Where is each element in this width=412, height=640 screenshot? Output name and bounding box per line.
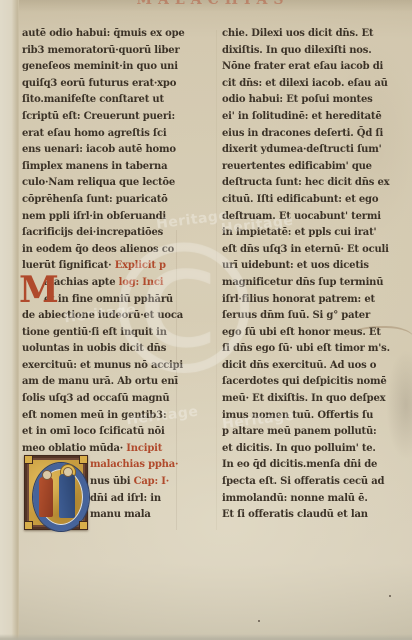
ink-speck bbox=[258, 620, 260, 622]
body-text: et dicitis. In quo polluim' te. bbox=[222, 443, 376, 454]
figure-in-red-robe bbox=[39, 477, 53, 517]
manuscript-text-line: culo·Nam reliqua que lectōe bbox=[22, 175, 214, 192]
ink-speck bbox=[389, 595, 391, 597]
gold-corner bbox=[24, 455, 33, 464]
manuscript-text-line: ſito.manifeſte conſtaret ut bbox=[22, 92, 214, 109]
manuscript-text-line: cit dn̄s: et dilexi iacob. eſau aū bbox=[222, 76, 408, 93]
manuscript-text-line: ſcriptū eſt: Creuerunt pueri: bbox=[22, 109, 214, 126]
body-text: erat eſau homo agreſtis ſci bbox=[22, 128, 167, 139]
body-text: odio habui: Et poſui montes bbox=[222, 94, 373, 105]
body-text: nus ūbi bbox=[90, 476, 134, 487]
manuscript-text-line: ei' in ſolitudinē: et hereditatē bbox=[222, 109, 408, 126]
body-text: eius in dracones deſerti. Q̄d ſi bbox=[222, 128, 383, 139]
body-text: reuertentes edificabim' que bbox=[222, 161, 372, 172]
body-text: chie. Dilexi uos dicit dn̄s. Et bbox=[222, 28, 373, 39]
rubric-text: malachias ppha· bbox=[90, 459, 178, 470]
rubric-text: Cap: I· bbox=[134, 476, 169, 487]
manuscript-text-line: chie. Dilexi uos dicit dn̄s. Et bbox=[222, 26, 408, 43]
manuscript-text-line: rib3 memoratorū·quorū liber bbox=[22, 43, 214, 60]
body-text: autē odio habui: q̄muis ex ope bbox=[22, 28, 185, 39]
manuscript-text-line: ſimplex manens in taberna bbox=[22, 159, 214, 176]
body-text: cit dn̄s: et dilexi iacob. eſau aū bbox=[222, 78, 388, 89]
page-bottom-edge bbox=[0, 634, 412, 640]
body-text: cōprēhenſa ſunt: puaricatō bbox=[22, 194, 168, 205]
body-text: ſimplex manens in taberna bbox=[22, 161, 167, 172]
manuscript-text-line: et in omī loco ſcificatū nōi bbox=[22, 424, 214, 441]
body-text: Et ſi offeratis claudū et lan bbox=[222, 509, 368, 520]
running-title-fragment: MALACHIAS bbox=[118, 0, 308, 8]
manuscript-page-photo: MALACHIAS autē odio habui: q̄muis ex ope… bbox=[0, 0, 412, 640]
rubric-text: Incipit bbox=[126, 443, 162, 454]
gold-ground bbox=[29, 460, 83, 525]
body-text: Nōne frater erat eſau iacob di bbox=[222, 61, 383, 72]
body-text: rib3 memoratorū·quorū liber bbox=[22, 45, 180, 56]
manuscript-text-line: reuertentes edificabim' que bbox=[222, 159, 408, 176]
manuscript-text-line: immolandū: nonne malū ē. bbox=[222, 491, 408, 508]
manuscript-text-line: eius in dracones deſerti. Q̄d ſi bbox=[222, 126, 408, 143]
body-text: deſtructa ſunt: hec dicit dn̄s ex bbox=[222, 177, 389, 188]
body-text: ei' in ſolitudinē: et hereditatē bbox=[222, 111, 382, 122]
manuscript-text-line: dixerit ydumea·deſtructi ſum' bbox=[222, 142, 408, 159]
gold-corner bbox=[24, 521, 33, 530]
body-text: geneſeos meminit·in quo uni bbox=[22, 61, 178, 72]
body-text: et in omī loco ſcificatū nōi bbox=[22, 426, 165, 437]
body-text: meo oblatio mūda· bbox=[22, 443, 126, 454]
manuscript-text-line: deſtructa ſunt: hec dicit dn̄s ex bbox=[222, 175, 408, 192]
gold-corner bbox=[79, 521, 88, 530]
body-text: manu mala bbox=[90, 509, 151, 520]
rubricated-initial-M: M bbox=[19, 273, 59, 307]
body-text: ens uenari: iacob autē homo bbox=[22, 144, 176, 155]
gold-corner bbox=[79, 455, 88, 464]
page-gutter-edge bbox=[0, 0, 19, 640]
historiated-initial-O bbox=[24, 455, 88, 530]
body-text: cituū. Iſti edificabunt: et ego bbox=[222, 194, 378, 205]
manuscript-text-line: quiſq3 eorū futurus erat·xpo bbox=[22, 76, 214, 93]
figure-head bbox=[63, 467, 73, 477]
body-text: dixiſtis. In quo dilexiſti nos. bbox=[222, 45, 371, 56]
body-text: In eo q̄d dicitis.menſa dn̄i de bbox=[222, 459, 377, 470]
body-text: culo·Nam reliqua que lectōe bbox=[22, 177, 175, 188]
figure-in-blue-robe bbox=[59, 474, 75, 518]
body-text: dixerit ydumea·deſtructi ſum' bbox=[222, 144, 381, 155]
manuscript-text-line: dixiſtis. In quo dilexiſti nos. bbox=[222, 43, 408, 60]
manuscript-text-line: erat eſau homo agreſtis ſci bbox=[22, 126, 214, 143]
body-text: quiſq3 eorū futurus erat·xpo bbox=[22, 78, 176, 89]
manuscript-text-line: Nōne frater erat eſau iacob di bbox=[222, 59, 408, 76]
body-text: ſcriptū eſt: Creuerunt pueri: bbox=[22, 111, 175, 122]
body-text: immolandū: nonne malū ē. bbox=[222, 493, 368, 504]
manuscript-text-line: ens uenari: iacob autē homo bbox=[22, 142, 214, 159]
body-text: ſpecta eſt. Si offeratis cecū ad bbox=[222, 476, 384, 487]
manuscript-text-line: In eo q̄d dicitis.menſa dn̄i de bbox=[222, 457, 408, 474]
manuscript-text-line: ſpecta eſt. Si offeratis cecū ad bbox=[222, 474, 408, 491]
manuscript-text-line: autē odio habui: q̄muis ex ope bbox=[22, 26, 214, 43]
manuscript-text-line: geneſeos meminit·in quo uni bbox=[22, 59, 214, 76]
figure-head bbox=[42, 470, 52, 480]
manuscript-text-line: Et ſi offeratis claudū et lan bbox=[222, 507, 408, 524]
manuscript-text-line: et dicitis. In quo polluim' te. bbox=[222, 441, 408, 458]
manuscript-text-line: odio habui: Et poſui montes bbox=[222, 92, 408, 109]
body-text: ſito.manifeſte conſtaret ut bbox=[22, 94, 164, 105]
body-text: dn̄i ad iſrl: in bbox=[90, 493, 161, 504]
